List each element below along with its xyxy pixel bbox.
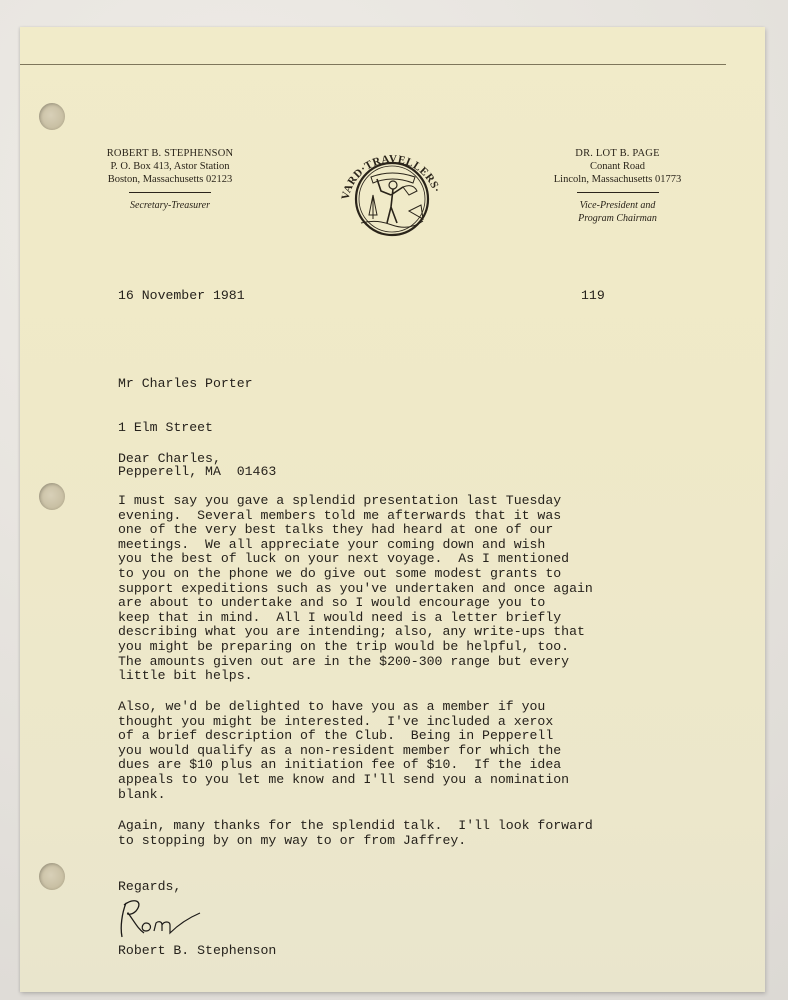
body-line: thought you might be interested. I've in… xyxy=(118,715,569,730)
body-line: dues are $10 plus an initiation fee of $… xyxy=(118,758,569,773)
body-line: of a brief description of the Club. Bein… xyxy=(118,729,569,744)
officer-role: Program Chairman xyxy=(545,212,690,225)
body-line: Again, many thanks for the splendid talk… xyxy=(118,819,593,834)
letter-date: 16 November 1981 xyxy=(118,289,245,304)
body-line: blank. xyxy=(118,788,569,803)
body-line: to you on the phone we do give out some … xyxy=(118,567,593,582)
punch-hole xyxy=(39,483,65,510)
punch-hole xyxy=(39,863,65,890)
body-line: support expeditions such as you've under… xyxy=(118,582,593,597)
officer-address-line: Boston, Massachusetts 02123 xyxy=(85,173,255,186)
letterhead-right: DR. LOT B. PAGE Conant Road Lincoln, Mas… xyxy=(545,147,690,225)
top-rule xyxy=(20,64,726,65)
recipient-line: Mr Charles Porter xyxy=(118,377,276,392)
body-line: you would qualify as a non-resident memb… xyxy=(118,744,569,759)
officer-address-line: Lincoln, Massachusetts 01773 xyxy=(545,173,690,186)
body-line: little bit helps. xyxy=(118,669,593,684)
recipient-line: Pepperell, MA 01463 xyxy=(118,465,276,480)
officer-name: ROBERT B. STEPHENSON xyxy=(85,147,255,160)
body-line: The amounts given out are in the $200-30… xyxy=(118,655,593,670)
body-line: evening. Several members told me afterwa… xyxy=(118,509,593,524)
divider xyxy=(129,192,211,193)
signature: Rom xyxy=(116,893,206,941)
divider xyxy=(577,192,659,193)
club-seal-icon: HARVARD·TRAVELLERS·CLUB xyxy=(333,135,451,241)
recipient-address: Mr Charles Porter 1 Elm Street Pepperell… xyxy=(118,348,276,509)
body-line: keep that in mind. All I would need is a… xyxy=(118,611,593,626)
letter-page: ROBERT B. STEPHENSON P. O. Box 413, Asto… xyxy=(20,27,765,992)
body-line: you the best of luck on your next voyage… xyxy=(118,552,593,567)
body-paragraph: I must say you gave a splendid presentat… xyxy=(118,494,593,684)
officer-name: DR. LOT B. PAGE xyxy=(545,147,690,160)
body-line: meetings. We all appreciate your coming … xyxy=(118,538,593,553)
officer-address-line: P. O. Box 413, Astor Station xyxy=(85,160,255,173)
salutation: Dear Charles, xyxy=(118,452,221,467)
body-line: you might be preparing on the trip would… xyxy=(118,640,593,655)
body-line: Also, we'd be delighted to have you as a… xyxy=(118,700,569,715)
officer-role: Vice-President and xyxy=(545,199,690,212)
body-line: I must say you gave a splendid presentat… xyxy=(118,494,593,509)
body-line: one of the very best talks they had hear… xyxy=(118,523,593,538)
letterhead-left: ROBERT B. STEPHENSON P. O. Box 413, Asto… xyxy=(85,147,255,212)
recipient-line: 1 Elm Street xyxy=(118,421,276,436)
officer-address-line: Conant Road xyxy=(545,160,690,173)
reference-number: 119 xyxy=(581,289,605,304)
body-line: to stopping by on my way to or from Jaff… xyxy=(118,834,593,849)
body-line: are about to undertake and so I would en… xyxy=(118,596,593,611)
body-paragraph: Also, we'd be delighted to have you as a… xyxy=(118,700,569,802)
body-paragraph: Again, many thanks for the splendid talk… xyxy=(118,819,593,848)
signer-name: Robert B. Stephenson xyxy=(118,944,276,959)
body-line: describing what you are intending; also,… xyxy=(118,625,593,640)
body-line: appeals to you let me know and I'll send… xyxy=(118,773,569,788)
punch-hole xyxy=(39,103,65,130)
officer-role: Secretary-Treasurer xyxy=(85,199,255,212)
